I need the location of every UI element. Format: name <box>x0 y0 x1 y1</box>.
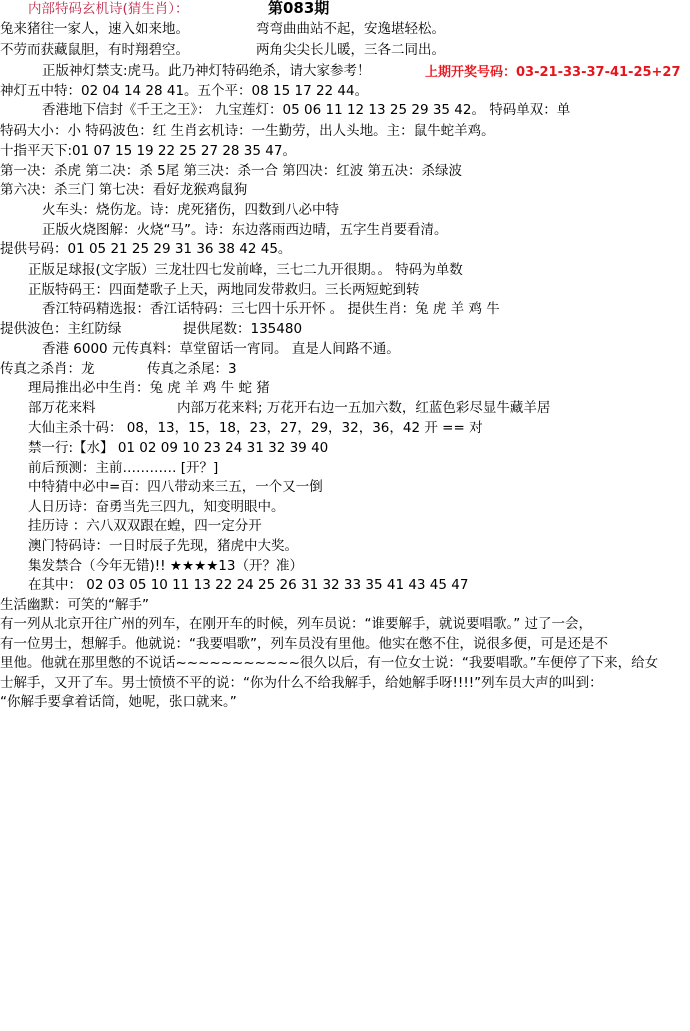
poem-title: 内部特码玄机诗(猜生肖）： <box>28 0 189 18</box>
shendeng-wuzhong: 神灯五中特：02 04 14 28 41。五个平：08 15 17 22 44。 <box>0 82 368 100</box>
aomen-tema-shi: 澳门特码诗：一日时辰子先现，猪虎中大奖。 <box>28 537 298 555</box>
poem-line-2a: 不劳而获藏鼠胆，有时翔碧空。 <box>0 41 189 59</box>
humor-title: 生活幽默：可笑的“解手” <box>0 596 149 614</box>
huoshao-tujie: 正版火烧图解：火烧“马”。诗：东边落雨西边晴，五字生肖要看清。 <box>42 221 448 239</box>
last-draw: 上期开奖号码：03-21-33-37-41-25+27 <box>425 64 681 82</box>
shendeng-jinzhi: 正版神灯禁支:虎马。此乃神灯特码绝杀，请大家参考！ <box>42 62 371 80</box>
humor-paragraph-line-3: 里他。他就在那里憋的不说话~~~~~~~~~~~很久以后，有一位女士说：“我要唱… <box>0 654 690 674</box>
temawang: 正版特码王：四面楚歌子上天，两地同发带救归。三长两短蛇到转 <box>28 281 420 299</box>
zai-qi-zhong: 在其中： 02 03 05 10 11 13 22 24 25 26 31 32… <box>28 576 468 594</box>
guali-shi: 挂历诗 ：六八双双跟在蝗，四一定分开 <box>28 517 262 535</box>
humor-paragraph-line-4: 士解手，又开了车。男士愤愤不平的说：“你为什么不给我解手，给她解手呀!!!!”列… <box>0 674 690 694</box>
chuanzhen-6000: 香港 6000 元传真料：草堂留话一宵同。 直是人间路不通。 <box>42 340 400 358</box>
tigong-bose: 提供波色：主红防绿 <box>0 320 122 338</box>
humor-paragraph-line-1: 有一列从北京开往广州的列车，在刚开车的时候，列车员说：“谁要解手，就说要唱歌。”… <box>0 615 690 635</box>
wanhua-a: 部万花来料 <box>28 399 96 417</box>
liju-shengxiao: 理局推出必中生肖：兔 虎 羊 鸡 牛 蛇 猪 <box>28 379 270 397</box>
xiangjiang: 香江特码精选报：香江话特码：三七四十乐开怀 。 提供生肖：兔 虎 羊 鸡 牛 <box>42 300 500 318</box>
tigong-weishu: 提供尾数：135480 <box>183 320 302 338</box>
chuanzhen-shawei: 传真之杀尾：3 <box>147 360 237 378</box>
jue-1-to-5: 第一决：杀虎 第二决：杀 5尾 第三决：杀一合 第四决：红波 第五决：杀绿波 <box>0 162 462 180</box>
poem-line-2b: 两角尖尖长儿暖，三各二同出。 <box>256 41 445 59</box>
tigong-haoma: 提供号码：01 05 21 25 29 31 36 38 42 45。 <box>0 240 291 258</box>
hk-xinfeng: 香港地下信封《千王之王》： 九宝莲灯：05 06 11 12 13 25 29 … <box>42 101 570 119</box>
qianhou-yuce: 前后预测：主前………… [开？] <box>28 459 218 477</box>
huochetou: 火车头：烧伤龙。诗：虎死猪伤，四数到八必中特 <box>42 201 339 219</box>
humor-paragraph-line-2: 有一位男士，想解手。他就说：“我要唱歌”，列车员没有里他。他实在憋不住，说很多便… <box>0 635 690 655</box>
last-draw-label: 上期开奖号码： <box>425 65 516 80</box>
jue-6-to-7: 第六决：杀三门 第七决：看好龙猴鸡鼠狗 <box>0 181 247 199</box>
chuanzhen-shaxiao: 传真之杀肖：龙 <box>0 360 95 378</box>
jin-yi-hang: 禁一行:【水】 01 02 09 10 23 24 31 32 39 40 <box>28 439 328 457</box>
last-draw-numbers: 03-21-33-37-41-25+27 <box>516 65 681 80</box>
zhongte: 中特猜中必中=百：四八带动来三五，一个又一倒 <box>28 478 323 496</box>
zuqiubao: 正版足球报(文字版）三龙壮四七发前峰，三七二九开很期。。 特码为单数 <box>28 261 463 279</box>
tema-daxiao: 特码大小：小 特码波色：红 生肖玄机诗：一生勤劳，出人头地。主：鼠牛蛇羊鸡。 <box>0 122 495 140</box>
issue-number: 第083期 <box>268 0 329 17</box>
shizhi-pingtianxia: 十指平天下:01 07 15 19 22 25 27 28 35 47。 <box>0 142 296 160</box>
poem-line-1a: 兔来猪往一家人，速入如来地。 <box>0 20 189 38</box>
daxian-shashima: 大仙主杀十码： 08，13，15，18，23，27，29，32，36，42 开 … <box>28 419 483 437</box>
wanhua-b: 内部万花来料; 万花开右边一五加六数，红蓝色彩尽显牛藏羊居 <box>177 399 550 417</box>
humor-paragraph-line-5: “你解手要拿着话筒，她呢，张口就来。” <box>0 693 690 713</box>
jifa-jinhe: 集发禁合（今年无错)!! ★★★★13（开？准） <box>28 557 303 575</box>
poem-line-1b: 弯弯曲曲站不起，安逸堪轻松。 <box>256 20 445 38</box>
renrili-shi: 人日历诗：奋勇当先三四九，知变明眼中。 <box>28 498 285 516</box>
